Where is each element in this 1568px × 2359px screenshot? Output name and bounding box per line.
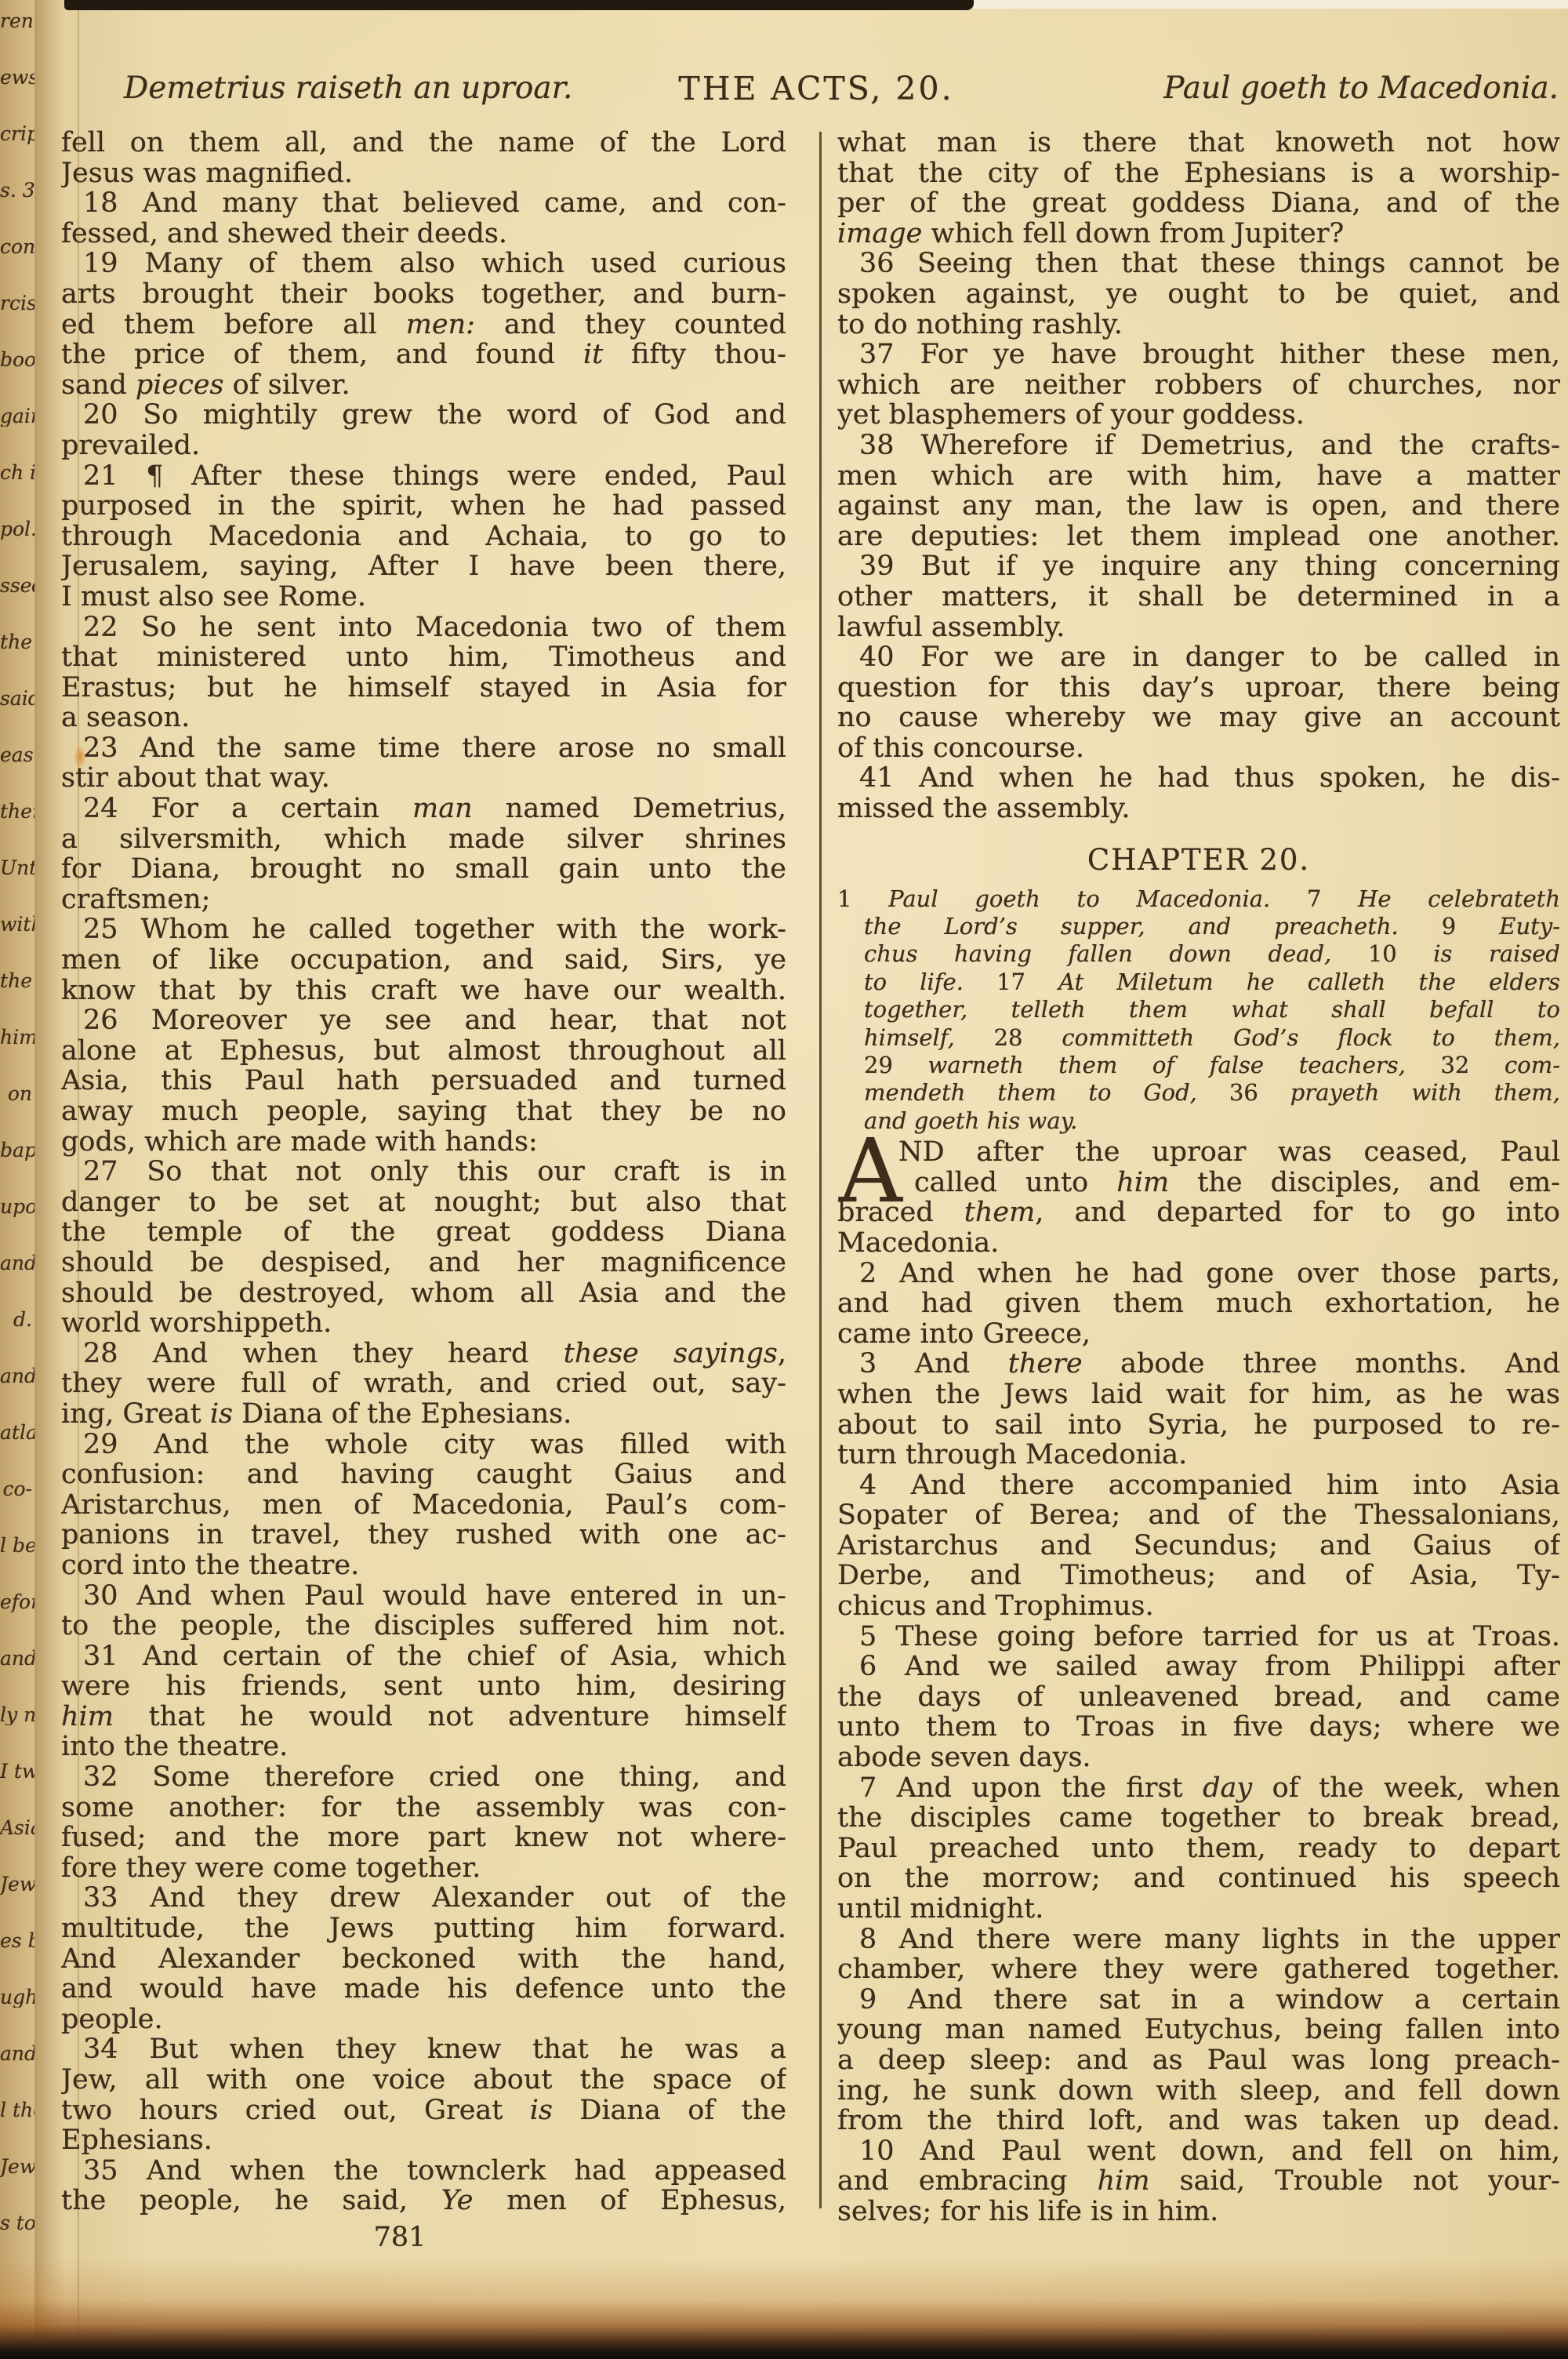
text-line: confusion: and having caught Gaius and [61,1459,786,1490]
text-line: prevailed. [61,431,786,461]
text-line: together, telleth them what shall befall… [837,996,1560,1023]
text-line: a silversmith, which made silver shrines [61,824,786,855]
text-line: chus having fallen down dead, 10 is rais… [837,940,1560,968]
text-line: a deep sleep: and as Paul was long preac… [837,2045,1560,2076]
text-line: himself, 28 committeth God’s flock to th… [837,1024,1560,1052]
text-line: 31 And certain of the chief of Asia, whi… [61,1641,786,1672]
text-line: which are neither robbers of churches, n… [837,370,1560,401]
text-line: on [0,1084,34,1104]
text-line: 32 Some therefore cried one thing, and [61,1762,786,1793]
text-line: upon [0,1197,34,1217]
text-line: image which fell down from Jupiter? [837,219,1560,249]
text-line: l be- [0,1536,34,1556]
text-line: atla [0,1423,34,1443]
text-line: panions in travel, they rushed with one … [61,1520,786,1550]
running-head-right: Paul goeth to Macedonia. [1163,72,1559,105]
text-line: about to sail into Syria, he purposed to… [837,1410,1560,1441]
text-line: are deputies: let them implead one anoth… [837,522,1560,552]
chapter-summary: 1 Paul goeth to Macedonia. 7 He celebrat… [837,885,1560,1136]
text-line: to the people, the disciples suffered hi… [61,1611,786,1641]
text-line: 35 And when the townclerk had appeased [61,2156,786,2186]
text-line: with [0,914,34,935]
text-line: that the city of the Ephesians is a wors… [837,158,1560,189]
top-edge-shadow [64,0,974,10]
text-line: I must also see Rome. [61,582,786,612]
text-line: know that by this craft we have our weal… [61,976,786,1006]
text-line: young man named Eutychus, being fallen i… [837,2015,1560,2045]
text-line: 20 So mightily grew the word of God and [61,400,786,431]
text-line: 27 So that not only this our craft is in [61,1157,786,1187]
text-line: stir about that way. [61,763,786,794]
text-line: missed the assembly. [837,794,1560,824]
text-line: Paul preached unto them, ready to depart [837,1834,1560,1864]
drop-cap-lines: ND after the uproar was ceased, Paulcall… [837,1137,1560,1198]
text-line: es by [0,1931,34,1951]
text-line: 4 And there accompanied him into Asia [837,1470,1560,1501]
bottom-edge-burn [0,2257,1568,2359]
text-line: co- [0,1479,34,1499]
text-line: through Macedonia and Achaia, to go to [61,522,786,552]
text-line: multitude, the Jews putting him forward. [61,1914,786,1944]
text-line: the people, he said, Ye men of Ephesus, [61,2186,786,2216]
text-line: the [0,632,34,652]
column-divider-rule [819,132,822,2208]
text-line: s. 3 [0,180,34,201]
text-line: the [0,971,34,991]
text-line: 33 And they drew Alexander out of the [61,1883,786,1914]
text-line: him [0,1027,34,1048]
text-line: said [0,689,34,709]
text-line: other matters, it shall be determined in… [837,582,1560,612]
text-line: yet blasphemers of your goddess. [837,400,1560,431]
text-line: 19 Many of them also which used curious [61,249,786,279]
text-line: and would have made his defence unto the [61,1974,786,2005]
text-line: craftsmen; [61,885,786,915]
text-line: were his friends, sent unto him, desirin… [61,1671,786,1702]
drop-cap-letter: A [839,1137,902,1206]
running-head-left: Demetrius raiseth an uproar. [124,72,572,105]
text-line: l the [0,2100,34,2121]
text-line: fessed, and shewed their deeds. [61,219,786,249]
text-line: fused; and the more part knew not where- [61,1823,786,1853]
text-line: Ephesians. [61,2125,786,2156]
text-line: east [0,745,34,765]
text-line: to do nothing rashly. [837,310,1560,340]
text-line: that ministered unto him, Timotheus and [61,642,786,673]
text-line: what man is there that knoweth not how [837,128,1560,158]
text-line: Macedonia. [837,1228,1560,1259]
text-line: no cause whereby we may give an account [837,703,1560,733]
text-line: 37 For ye have brought hither these men, [837,340,1560,370]
text-line: Jew, [0,2157,34,2177]
text-line: called unto him the disciples, and em- [837,1168,1560,1198]
chapter-heading: CHAPTER 20. [837,843,1560,878]
verse-1-dropcap-block: A ND after the uproar was ceased, Paulca… [837,1137,1560,1198]
text-line: against any man, the law is open, and th… [837,491,1560,522]
text-line: books [0,350,34,370]
text-line: ews, [0,67,34,88]
text-line: 28 And when they heard these sayings, [61,1339,786,1369]
text-line: the disciples came together to break bre… [837,1803,1560,1834]
text-line: a season. [61,703,786,733]
text-line: the days of unleavened bread, and came [837,1682,1560,1713]
text-line: the price of them, and found it fifty th… [61,340,786,370]
text-line: 29 And the whole city was filled with [61,1430,786,1460]
text-line: 9 And there sat in a window a certain [837,1985,1560,2016]
text-line: 1 Paul goeth to Macedonia. 7 He celebrat… [837,885,1560,913]
right-column-verses-top: what man is there that knoweth not howth… [837,128,1560,824]
text-line: 38 Wherefore if Demetrius, and the craft… [837,431,1560,461]
text-line: until midnight. [837,1894,1560,1925]
text-line: I tw [0,1761,34,1782]
text-line: selves; for his life is in him. [837,2197,1560,2227]
text-line: world worshippeth. [61,1308,786,1339]
text-line: ed them before all men: and they counted [61,310,786,340]
text-line: fore they were come together. [61,1853,786,1884]
text-line: 6 And we sailed away from Philippi after [837,1652,1560,1682]
text-line: ch is [0,463,34,483]
text-line: away much people, saying that they be no [61,1096,786,1127]
left-column: fell on them all, and the name of the Lo… [61,128,786,2216]
text-line: Jerusalem, saying, After I have been the… [61,551,786,582]
text-line: ssed [0,576,34,596]
text-line: gods, which are made with hands: [61,1127,786,1158]
text-line: ren. [0,11,34,31]
text-line: crip- [0,124,34,144]
text-line: Sopater of Berea; and of the Thessalonia… [837,1500,1560,1531]
text-line: abode seven days. [837,1743,1560,1773]
text-line: ly n [0,1705,34,1725]
text-line: spoken against, ye ought to be quiet, an… [837,279,1560,310]
text-line: question for this day’s uproar, there be… [837,673,1560,703]
text-line: 26 Moreover ye see and hear, that not [61,1005,786,1036]
text-line: braced them, and departed for to go into [837,1198,1560,1228]
text-line: Erastus; but he himself stayed in Asia f… [61,673,786,703]
text-line: should be despised, and her magnificence [61,1248,786,1278]
text-line: purposed in the spirit, when he had pass… [61,491,786,522]
text-line: 22 So he sent into Macedonia two of them [61,612,786,643]
text-line: came into Greece, [837,1319,1560,1350]
text-line: ught [0,1987,34,2008]
text-line: Derbe, and Timotheus; and of Asia, Ty- [837,1561,1560,1591]
text-line: 2 And when he had gone over those parts, [837,1259,1560,1289]
text-line: 36 Seeing then that these things cannot … [837,249,1560,279]
text-line: men of like occupation, and said, Sirs, … [61,945,786,976]
text-line: gain, [0,406,34,427]
text-line: they were full of wrath, and cried out, … [61,1369,786,1399]
text-line: 39 But if ye inquire any thing concernin… [837,551,1560,582]
scanned-bible-page: ren.ews,crip-s. 3con-rcistsbooksgain,ch … [0,0,1568,2359]
text-line: Unto [0,858,34,878]
top-edge-highlight [974,0,1568,9]
text-line: ing, he sunk down with sleep, and fell d… [837,2076,1560,2106]
running-head-center: THE ACTS, 20. [632,72,1000,105]
text-line: 21 ¶ After these things were ended, Paul [61,461,786,492]
text-line: people. [61,2005,786,2035]
text-line: to life. 17 At Miletum he calleth the el… [837,969,1560,996]
text-line: 8 And there were many lights in the uppe… [837,1925,1560,1955]
text-line: rcists [0,293,34,314]
text-line: Aristarchus and Secundus; and Gaius of [837,1531,1560,1561]
right-column-verses-bottom: braced them, and departed for to go into… [837,1198,1560,2226]
text-line: and [0,1648,34,1669]
text-line: danger to be set at nought; but also tha… [61,1187,786,1218]
text-line: bap. [0,1140,34,1161]
text-line: 30 And when Paul would have entered in u… [61,1581,786,1612]
text-line: two hours cried out, Great is Diana of t… [61,2095,786,2126]
text-line: the temple of the great goddess Diana [61,1217,786,1248]
text-line: Asia [0,1818,34,1838]
text-line: per of the great goddess Diana, and of t… [837,188,1560,219]
text-line: efore [0,1592,34,1612]
text-line: ND after the uproar was ceased, Paul [837,1137,1560,1168]
text-line: 25 Whom he called together with the work… [61,914,786,945]
text-line: on the morrow; and continued his speech [837,1863,1560,1894]
text-line: d. [0,1310,34,1330]
text-line: 29 warneth them of false teachers, 32 co… [837,1052,1560,1079]
text-line: Asia, this Paul hath persuaded and turne… [61,1066,786,1096]
text-line: the Lord’s supper, and preacheth. 9 Euty… [837,913,1560,940]
text-line: and [0,1366,34,1387]
text-line: 10 And Paul went down, and fell on him, [837,2136,1560,2167]
text-line: for Diana, brought no small gain unto th… [61,854,786,885]
text-line: sand pieces of silver. [61,370,786,401]
text-line: 7 And upon the first day of the week, wh… [837,1773,1560,1804]
text-line: s to [0,2213,34,2234]
text-line: him that he would not adventure himself [61,1702,786,1732]
text-line: pol. [0,519,34,540]
text-line: 41 And when he had thus spoken, he dis- [837,763,1560,794]
text-line: 23 And the same time there arose no smal… [61,733,786,764]
text-line: 24 For a certain man named Demetrius, [61,794,786,824]
text-line: should be destroyed, whom all Asia and t… [61,1278,786,1309]
text-line: Jew, all with one voice about the space … [61,2065,786,2095]
text-line: chicus and Trophimus. [837,1591,1560,1622]
text-line: and [0,1253,34,1274]
text-line: then [0,801,34,822]
text-line: men which are with him, have a matter [837,461,1560,492]
text-line: lawful assembly. [837,612,1560,643]
text-line: when the Jews laid wait for him, as he w… [837,1379,1560,1410]
text-line: turn through Macedonia. [837,1440,1560,1470]
text-line: Jew [0,1874,34,1895]
text-line: con- [0,237,34,257]
text-line: and goeth his way. [837,1107,1560,1135]
text-line: ing, Great is Diana of the Ephesians. [61,1399,786,1430]
text-line: of this concourse. [837,733,1560,764]
text-line: 3 And there abode three months. And [837,1349,1560,1379]
text-line: 40 For we are in danger to be called in [837,642,1560,673]
right-column: what man is there that knoweth not howth… [837,128,1560,2227]
text-line: 18 And many that believed came, and con- [61,188,786,219]
text-line: and [0,2044,34,2064]
text-line: chamber, where they were gathered togeth… [837,1954,1560,1985]
page-number: 781 [298,2222,502,2253]
text-line: mendeth them to God, 36 prayeth with the… [837,1079,1560,1107]
text-line: and embracing him said, Trouble not your… [837,2166,1560,2197]
text-line: and had given them much exhortation, he [837,1289,1560,1319]
text-line: alone at Ephesus, but almost throughout … [61,1036,786,1067]
text-line: 5 These going before tarried for us at T… [837,1622,1560,1652]
text-line: into the theatre. [61,1732,786,1762]
text-line: some another: for the assembly was con- [61,1793,786,1823]
text-line: 34 But when they knew that he was a [61,2034,786,2065]
text-line: from the third loft, and was taken up de… [837,2106,1560,2136]
text-line: Jesus was magnified. [61,158,786,189]
text-line: arts brought their books together, and b… [61,279,786,310]
text-line: And Alexander beckoned with the hand, [61,1944,786,1975]
facing-page-spine: ren.ews,crip-s. 3con-rcistsbooksgain,ch … [0,0,34,2359]
text-line: fell on them all, and the name of the Lo… [61,128,786,158]
text-line: cord into the theatre. [61,1550,786,1581]
text-line: unto them to Troas in five days; where w… [837,1712,1560,1743]
text-line: Aristarchus, men of Macedonia, Paul’s co… [61,1490,786,1521]
